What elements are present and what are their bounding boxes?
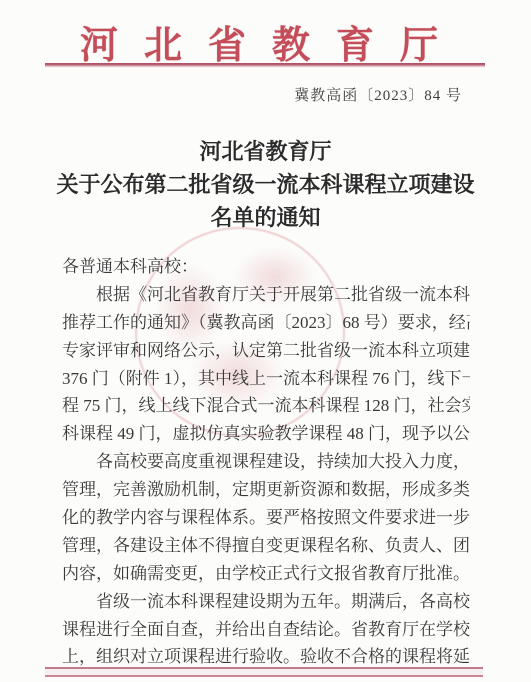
body-text-line: 376 门（附件 1），其中线上一流本科课程 76 门，线下一流本科课 (62, 365, 470, 393)
body-text-line: 化的教学内容与课程体系。要严格按照文件要求进一步规范课程 (62, 504, 470, 532)
document-title-line-3: 名单的通知 (20, 201, 511, 234)
body-text-line: 管理，完善激励机制，定期更新资源和数据，形成多类型、多样 (62, 476, 470, 504)
letterhead-rule (45, 63, 485, 66)
document-body: 各普通本科高校：根据《河北省教育厅关于开展第二批省级一流本科课程遴选推荐工作的通… (62, 253, 470, 671)
document-title-line-2: 关于公布第二批省级一流本科课程立项建设 (20, 168, 511, 201)
body-text-line: 根据《河北省教育厅关于开展第二批省级一流本科课程遴选 (62, 281, 470, 309)
body-text-line: 课程进行全面自查，并给出自查结论。省教育厅在学校自查基础 (62, 616, 470, 644)
body-text-line: 上，组织对立项课程进行验收。验收不合格的课程将延长建设期 (62, 643, 470, 671)
body-text-line: 专家评审和网络公示，认定第二批省级一流本科立项建设课程共 (62, 337, 470, 365)
body-text-line: 科课程 49 门，虚拟仿真实验教学课程 48 门，现予以公布。 (62, 420, 470, 448)
body-text-line: 管理，各建设主体不得擅自变更课程名称、负责人、团队成员等 (62, 532, 470, 560)
body-text-line: 各高校要高度重视课程建设，持续加大投入力度，严格过程 (62, 448, 470, 476)
body-text-line: 省级一流本科课程建设期为五年。期满后，各高校要对立项 (62, 588, 470, 616)
body-text-line: 各普通本科高校： (62, 253, 470, 281)
document-title: 河北省教育厅 关于公布第二批省级一流本科课程立项建设 名单的通知 (20, 135, 511, 234)
document-title-line-1: 河北省教育厅 (20, 135, 511, 168)
scanned-official-document: 河北省教育厅 冀教高函〔2023〕84 号 河北省教育厅 关于公布第二批省级一流… (0, 0, 531, 682)
letterhead-agency-name: 河北省教育厅 (0, 14, 531, 69)
document-number: 冀教高函〔2023〕84 号 (294, 84, 462, 105)
body-text-line: 推荐工作的通知》（冀教高函〔2023〕68 号）要求，经高校推荐、 (62, 309, 470, 337)
body-text-line: 程 75 门，线上线下混合式一流本科课程 128 门，社会实践一流本 (62, 392, 470, 420)
body-text-line: 内容，如确需变更，由学校正式行文报省教育厅批准。 (62, 560, 470, 588)
